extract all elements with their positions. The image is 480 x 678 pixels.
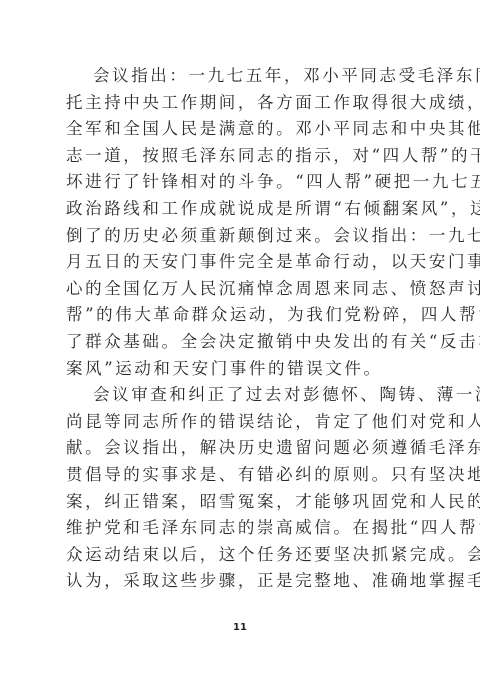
text-line: 案风”运动和天安门事件的错误文件。 [66,356,414,383]
text-line: 献。会议指出，解决历史遗留问题必须遵循毛泽东同志一 [66,435,414,462]
text-line: 尚昆等同志所作的错误结论，肯定了他们对党和人民的贡 [66,409,414,436]
text-line: 志一道，按照毛泽东同志的指示，对“四人帮”的干扰破 [66,143,414,170]
text-line: 认为，采取这些步骤，正是完整地、准确地掌握毛泽东思 [66,568,414,595]
page-number: 11 [0,622,480,633]
text-line: 了群众基础。全会决定撤销中央发出的有关“反击右倾翻 [66,329,414,356]
text-line: 贯倡导的实事求是、有错必纠的原则。只有坚决地平反假 [66,462,414,489]
text-line: 倒了的历史必须重新颠倒过来。会议指出：一九七六年四 [66,223,414,250]
document-page: 会议指出：一九七五年，邓小平同志受毛泽东同志委 托主持中央工作期间，各方面工作取… [0,0,480,678]
text-line: 维护党和毛泽东同志的崇高威信。在揭批“四人帮”的群 [66,515,414,542]
text-line: 托主持中央工作期间，各方面工作取得很大成绩，全党、 [66,90,414,117]
text-line: 案，纠正错案，昭雪冤案，才能够巩固党和人民的团结， [66,489,414,516]
body-text: 会议指出：一九七五年，邓小平同志受毛泽东同志委 托主持中央工作期间，各方面工作取… [66,63,416,595]
text-line: 会议指出：一九七五年，邓小平同志受毛泽东同志委 [66,63,414,90]
text-line: 心的全国亿万人民沉痛悼念周恩来同志、愤怒声讨“四人 [66,276,414,303]
text-line: 月五日的天安门事件完全是革命行动，以天安门事件为中 [66,249,414,276]
text-line: 全军和全国人民是满意的。邓小平同志和中央其他领导同 [66,116,414,143]
text-line: 会议审查和纠正了过去对彭德怀、陶铸、薄一波、杨 [66,382,414,409]
text-line: 坏进行了针锋相对的斗争。“四人帮”硬把一九七五年的 [66,169,414,196]
text-line: 众运动结束以后，这个任务还要坚决抓紧完成。会议一致 [66,542,414,569]
text-line: 政治路线和工作成就说成是所谓“右倾翻案风”，这个颠 [66,196,414,223]
text-line: 帮”的伟大革命群众运动，为我们党粉碎，四人帮”奠定 [66,302,414,329]
